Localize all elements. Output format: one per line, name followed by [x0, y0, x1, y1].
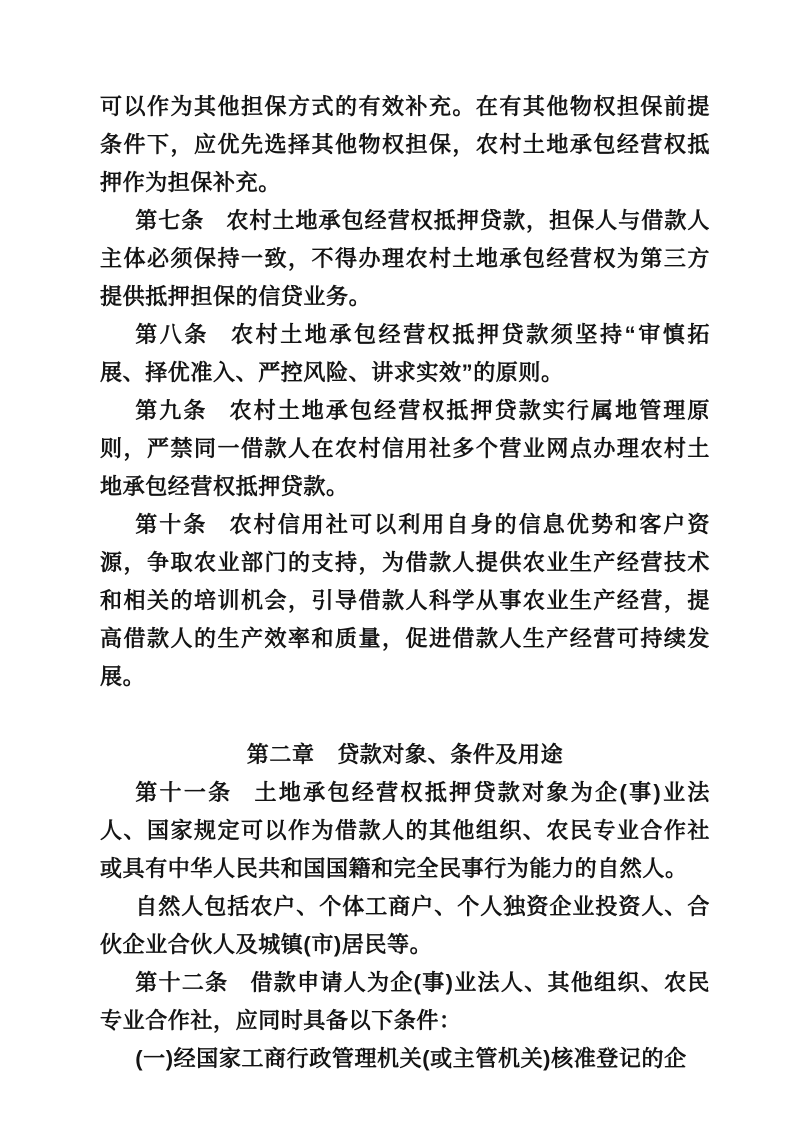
article-12-label: 第十二条	[135, 970, 228, 995]
paragraph-article-9: 第九条农村土地承包经营权抵押贷款实行属地管理原则，严禁同一借款人在农村信用社多个…	[100, 392, 710, 506]
paragraph-article-8: 第八条农村土地承包经营权抵押贷款须坚持“审慎拓展、择优准入、严控风险、讲求实效”…	[100, 316, 710, 392]
article-7-label: 第七条	[135, 208, 204, 233]
paragraph-article-7: 第七条农村土地承包经营权抵押贷款，担保人与借款人主体必须保持一致，不得办理农村土…	[100, 202, 710, 316]
article-11-label: 第十一条	[135, 780, 232, 805]
paragraph-article-12: 第十二条借款申请人为企(事)业法人、其他组织、农民专业合作社，应同时具备以下条件…	[100, 964, 710, 1040]
paragraph-article-10: 第十条农村信用社可以利用自身的信息优势和客户资源，争取农业部门的支持，为借款人提…	[100, 506, 710, 696]
paragraph-lead-in: 可以作为其他担保方式的有效补充。在有其他物权担保前提条件下，应优先选择其他物权担…	[100, 88, 710, 202]
document-page: 可以作为其他担保方式的有效补充。在有其他物权担保前提条件下，应优先选择其他物权担…	[0, 0, 800, 1132]
paragraph-article-11: 第十一条土地承包经营权抵押贷款对象为企(事)业法人、国家规定可以作为借款人的其他…	[100, 774, 710, 888]
paragraph-condition-1: (一)经国家工商行政管理机关(或主管机关)核准登记的企	[100, 1040, 710, 1078]
article-8-label: 第八条	[135, 322, 209, 347]
paragraph-natural-person-note: 自然人包括农户、个体工商户、个人独资企业投资人、合伙企业合伙人及城镇(市)居民等…	[100, 888, 710, 964]
chapter-2-heading: 第二章 贷款对象、条件及用途	[100, 736, 710, 774]
article-10-label: 第十条	[135, 512, 207, 537]
article-10-text: 农村信用社可以利用自身的信息优势和客户资源，争取农业部门的支持，为借款人提供农业…	[100, 512, 710, 689]
article-9-label: 第九条	[135, 398, 207, 423]
